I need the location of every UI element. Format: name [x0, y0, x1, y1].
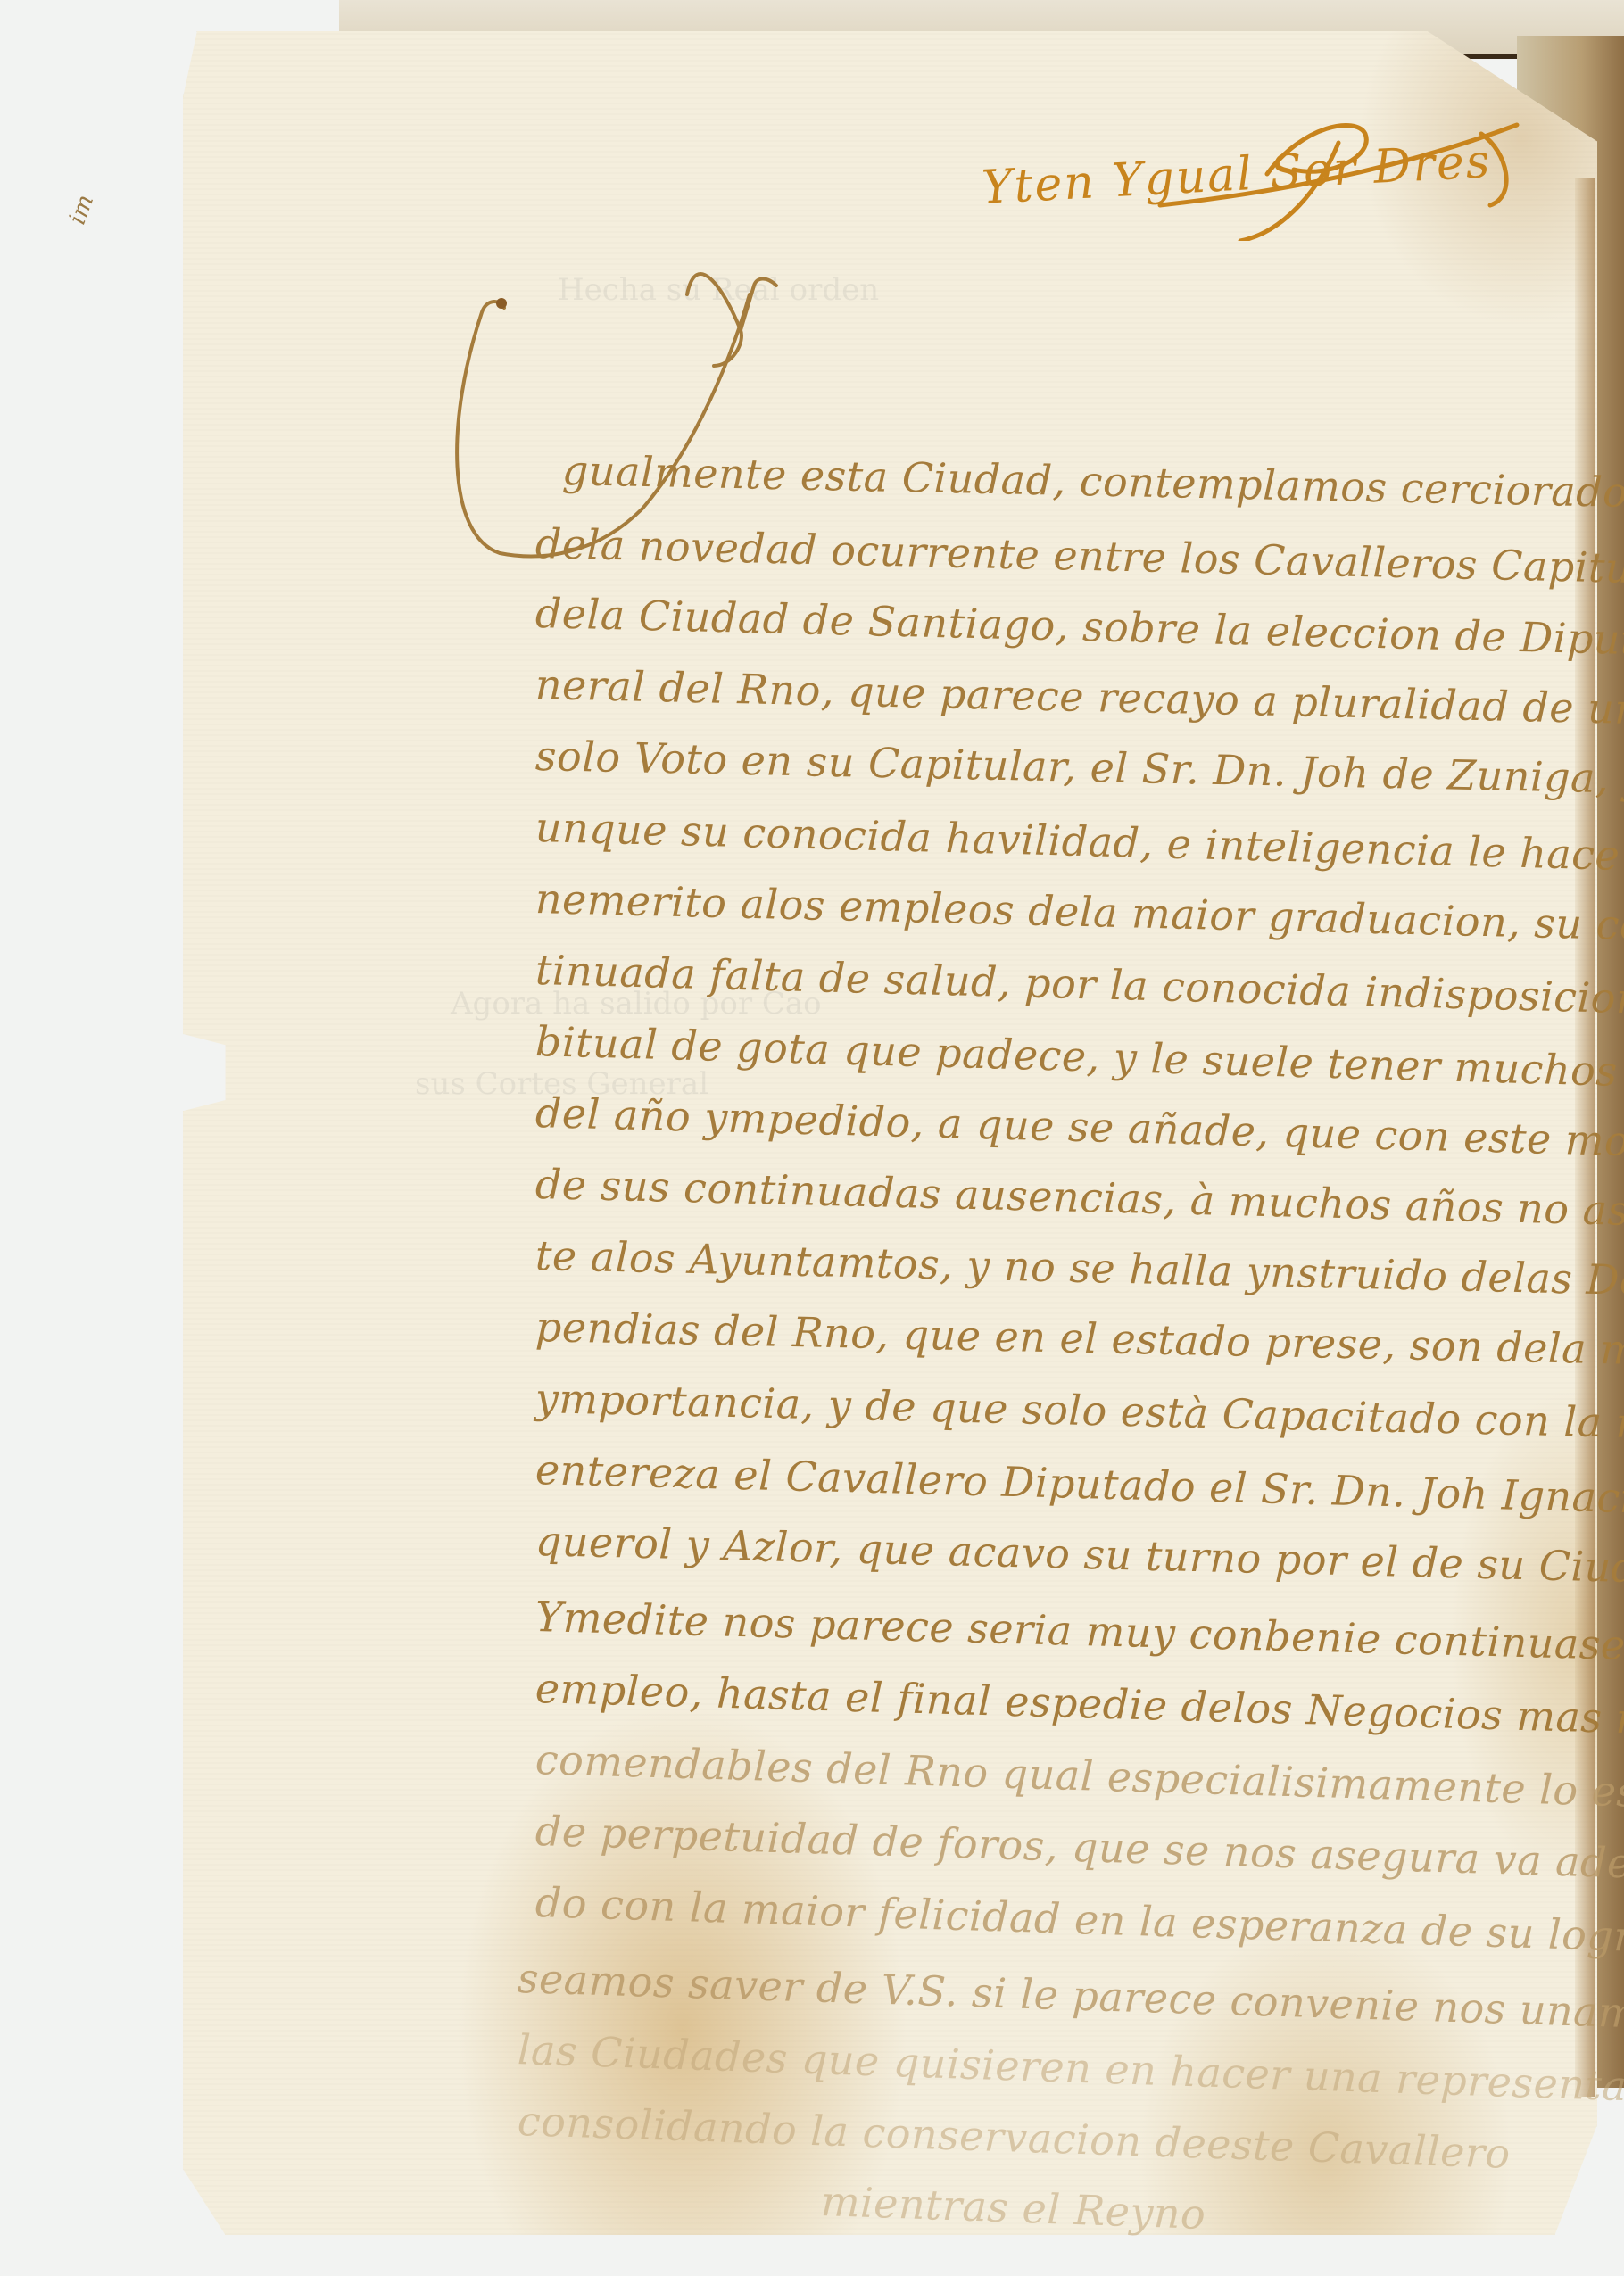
margin-fragment: im [64, 191, 99, 228]
signature: Yten Ygual Sor Dres [946, 107, 1535, 241]
